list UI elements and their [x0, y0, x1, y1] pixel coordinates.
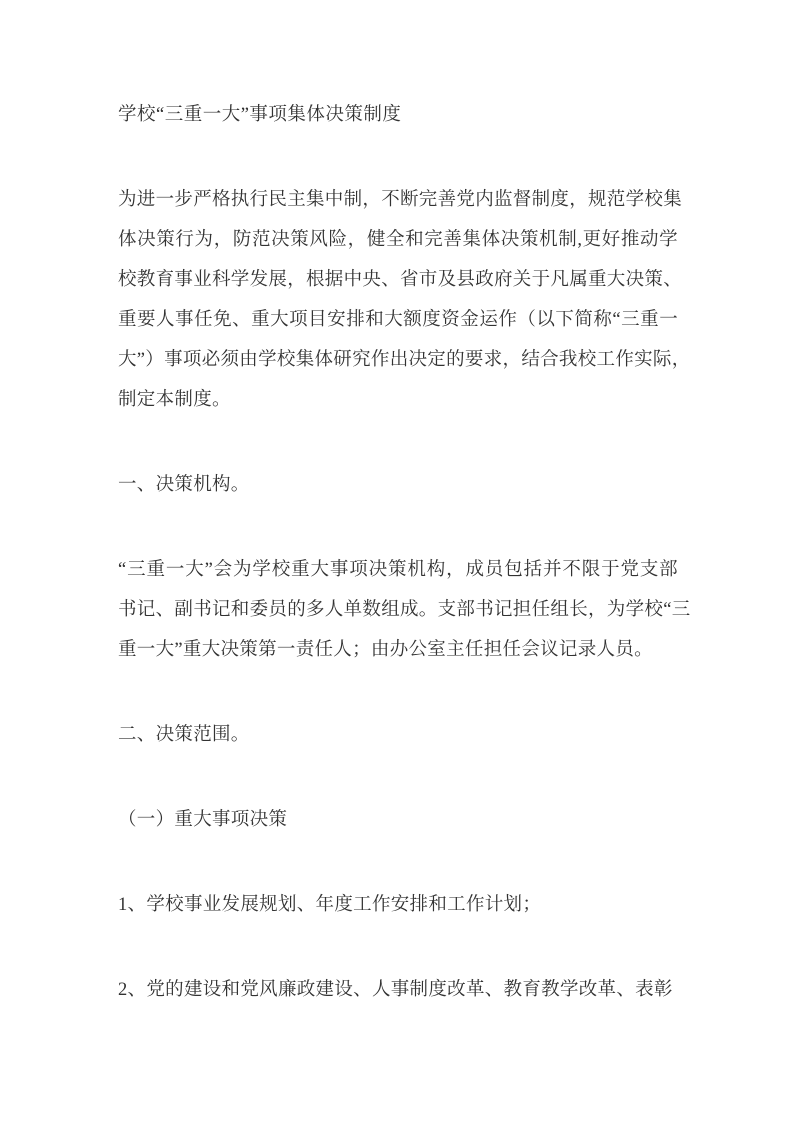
- paragraph: 1、学校事业发展规划、年度工作安排和工作计划；: [118, 885, 678, 925]
- paragraph: 2、党的建设和党风廉政建设、人事制度改革、教育教学改革、表彰: [118, 970, 678, 1010]
- paragraph-line: “三重一大”会为学校重大事项决策机构，成员包括并不限于党支部: [118, 550, 678, 590]
- document-body: 为进一步严格执行民主集中制，不断完善党内监督制度，规范学校集体决策行为，防范决策…: [118, 180, 678, 1010]
- paragraph-line: 体决策行为，防范决策风险，健全和完善集体决策机制,更好推动学: [118, 220, 678, 260]
- paragraph-line: 制定本制度。: [118, 380, 678, 420]
- paragraph-line: 为进一步严格执行民主集中制，不断完善党内监督制度，规范学校集: [118, 180, 678, 220]
- paragraph: 为进一步严格执行民主集中制，不断完善党内监督制度，规范学校集体决策行为，防范决策…: [118, 180, 678, 420]
- paragraph: 一、决策机构。: [118, 465, 678, 505]
- paragraph-line: 大”）事项必须由学校集体研究作出决定的要求，结合我校工作实际，: [118, 340, 678, 380]
- paragraph-line: 1、学校事业发展规划、年度工作安排和工作计划；: [118, 885, 678, 925]
- paragraph: “三重一大”会为学校重大事项决策机构，成员包括并不限于党支部书记、副书记和委员的…: [118, 550, 678, 670]
- paragraph-line: 校教育事业科学发展，根据中央、省市及县政府关于凡属重大决策、: [118, 260, 678, 300]
- paragraph-line: 重一大”重大决策第一责任人；由办公室主任担任会议记录人员。: [118, 630, 678, 670]
- paragraph-line: （一）重大事项决策: [118, 800, 678, 840]
- paragraph-line: 重要人事任免、重大项目安排和大额度资金运作（以下简称“三重一: [118, 300, 678, 340]
- paragraph-line: 二、决策范围。: [118, 715, 678, 755]
- paragraph-line: 一、决策机构。: [118, 465, 678, 505]
- paragraph: 二、决策范围。: [118, 715, 678, 755]
- paragraph-line: 书记、副书记和委员的多人单数组成。支部书记担任组长，为学校“三: [118, 590, 678, 630]
- paragraph: （一）重大事项决策: [118, 800, 678, 840]
- paragraph-line: 2、党的建设和党风廉政建设、人事制度改革、教育教学改革、表彰: [118, 970, 678, 1010]
- document-title: 学校“三重一大”事项集体决策制度: [118, 95, 678, 135]
- document-page: 学校“三重一大”事项集体决策制度 为进一步严格执行民主集中制，不断完善党内监督制…: [0, 0, 793, 1122]
